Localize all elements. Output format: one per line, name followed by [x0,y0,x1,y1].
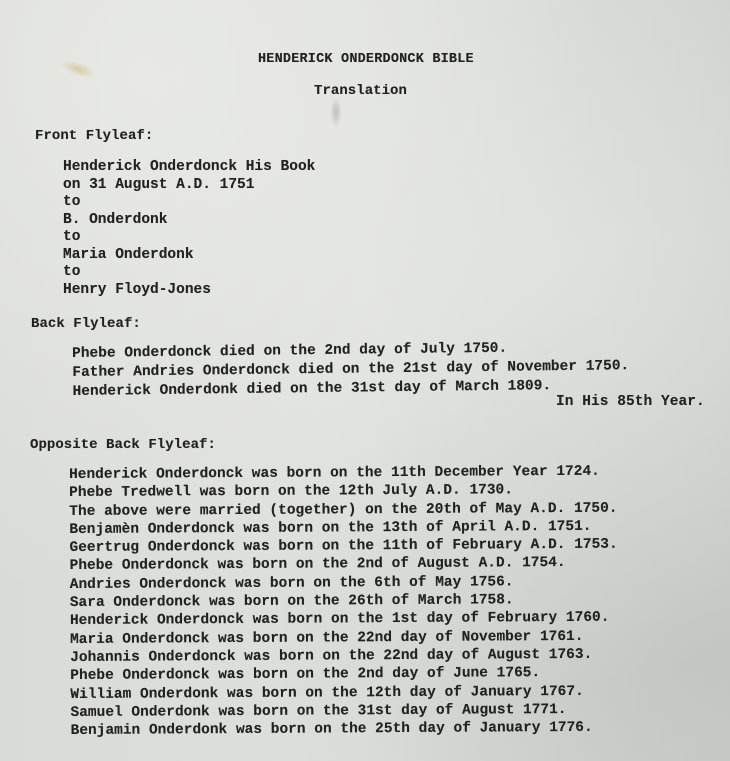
front-flyleaf-heading: Front Flyleaf: [35,127,153,145]
back-flyleaf-note: In His 85th Year. [556,393,705,411]
document-title: HENDERICK ONDERDONCK BIBLE [258,51,474,69]
document-subtitle: Translation [314,82,407,100]
list-item: Phebe Onderdonck was born on the 2nd of … [70,554,618,576]
opposite-back-flyleaf-list: Henderick Onderdonck was born on the 11t… [69,463,619,741]
list-item: to [63,194,315,212]
list-item: to [63,264,315,282]
list-item: Benjamin Onderdonk was born on the 25th … [71,719,619,741]
list-item: Henry Floyd-Jones [63,282,315,300]
back-flyleaf-heading: Back Flyleaf: [31,315,141,333]
paper-stain [59,57,98,81]
opposite-back-flyleaf-heading: Opposite Back Flyleaf: [30,436,216,454]
list-item: to [63,229,315,247]
list-item: Henderick Onderdonck His Book [63,159,315,177]
front-flyleaf-list: Henderick Onderdonck His Book on 31 Augu… [63,159,315,299]
back-flyleaf-list: Phebe Onderdonck died on the 2nd day of … [72,338,630,402]
list-item: Maria Onderdonk [63,247,315,265]
paper-smudge [330,96,342,128]
list-item: Henderick Onderdonck was born on the 11t… [69,463,617,485]
list-item: on 31 August A.D. 1751 [63,177,315,195]
list-item: B. Onderdonk [63,212,315,230]
